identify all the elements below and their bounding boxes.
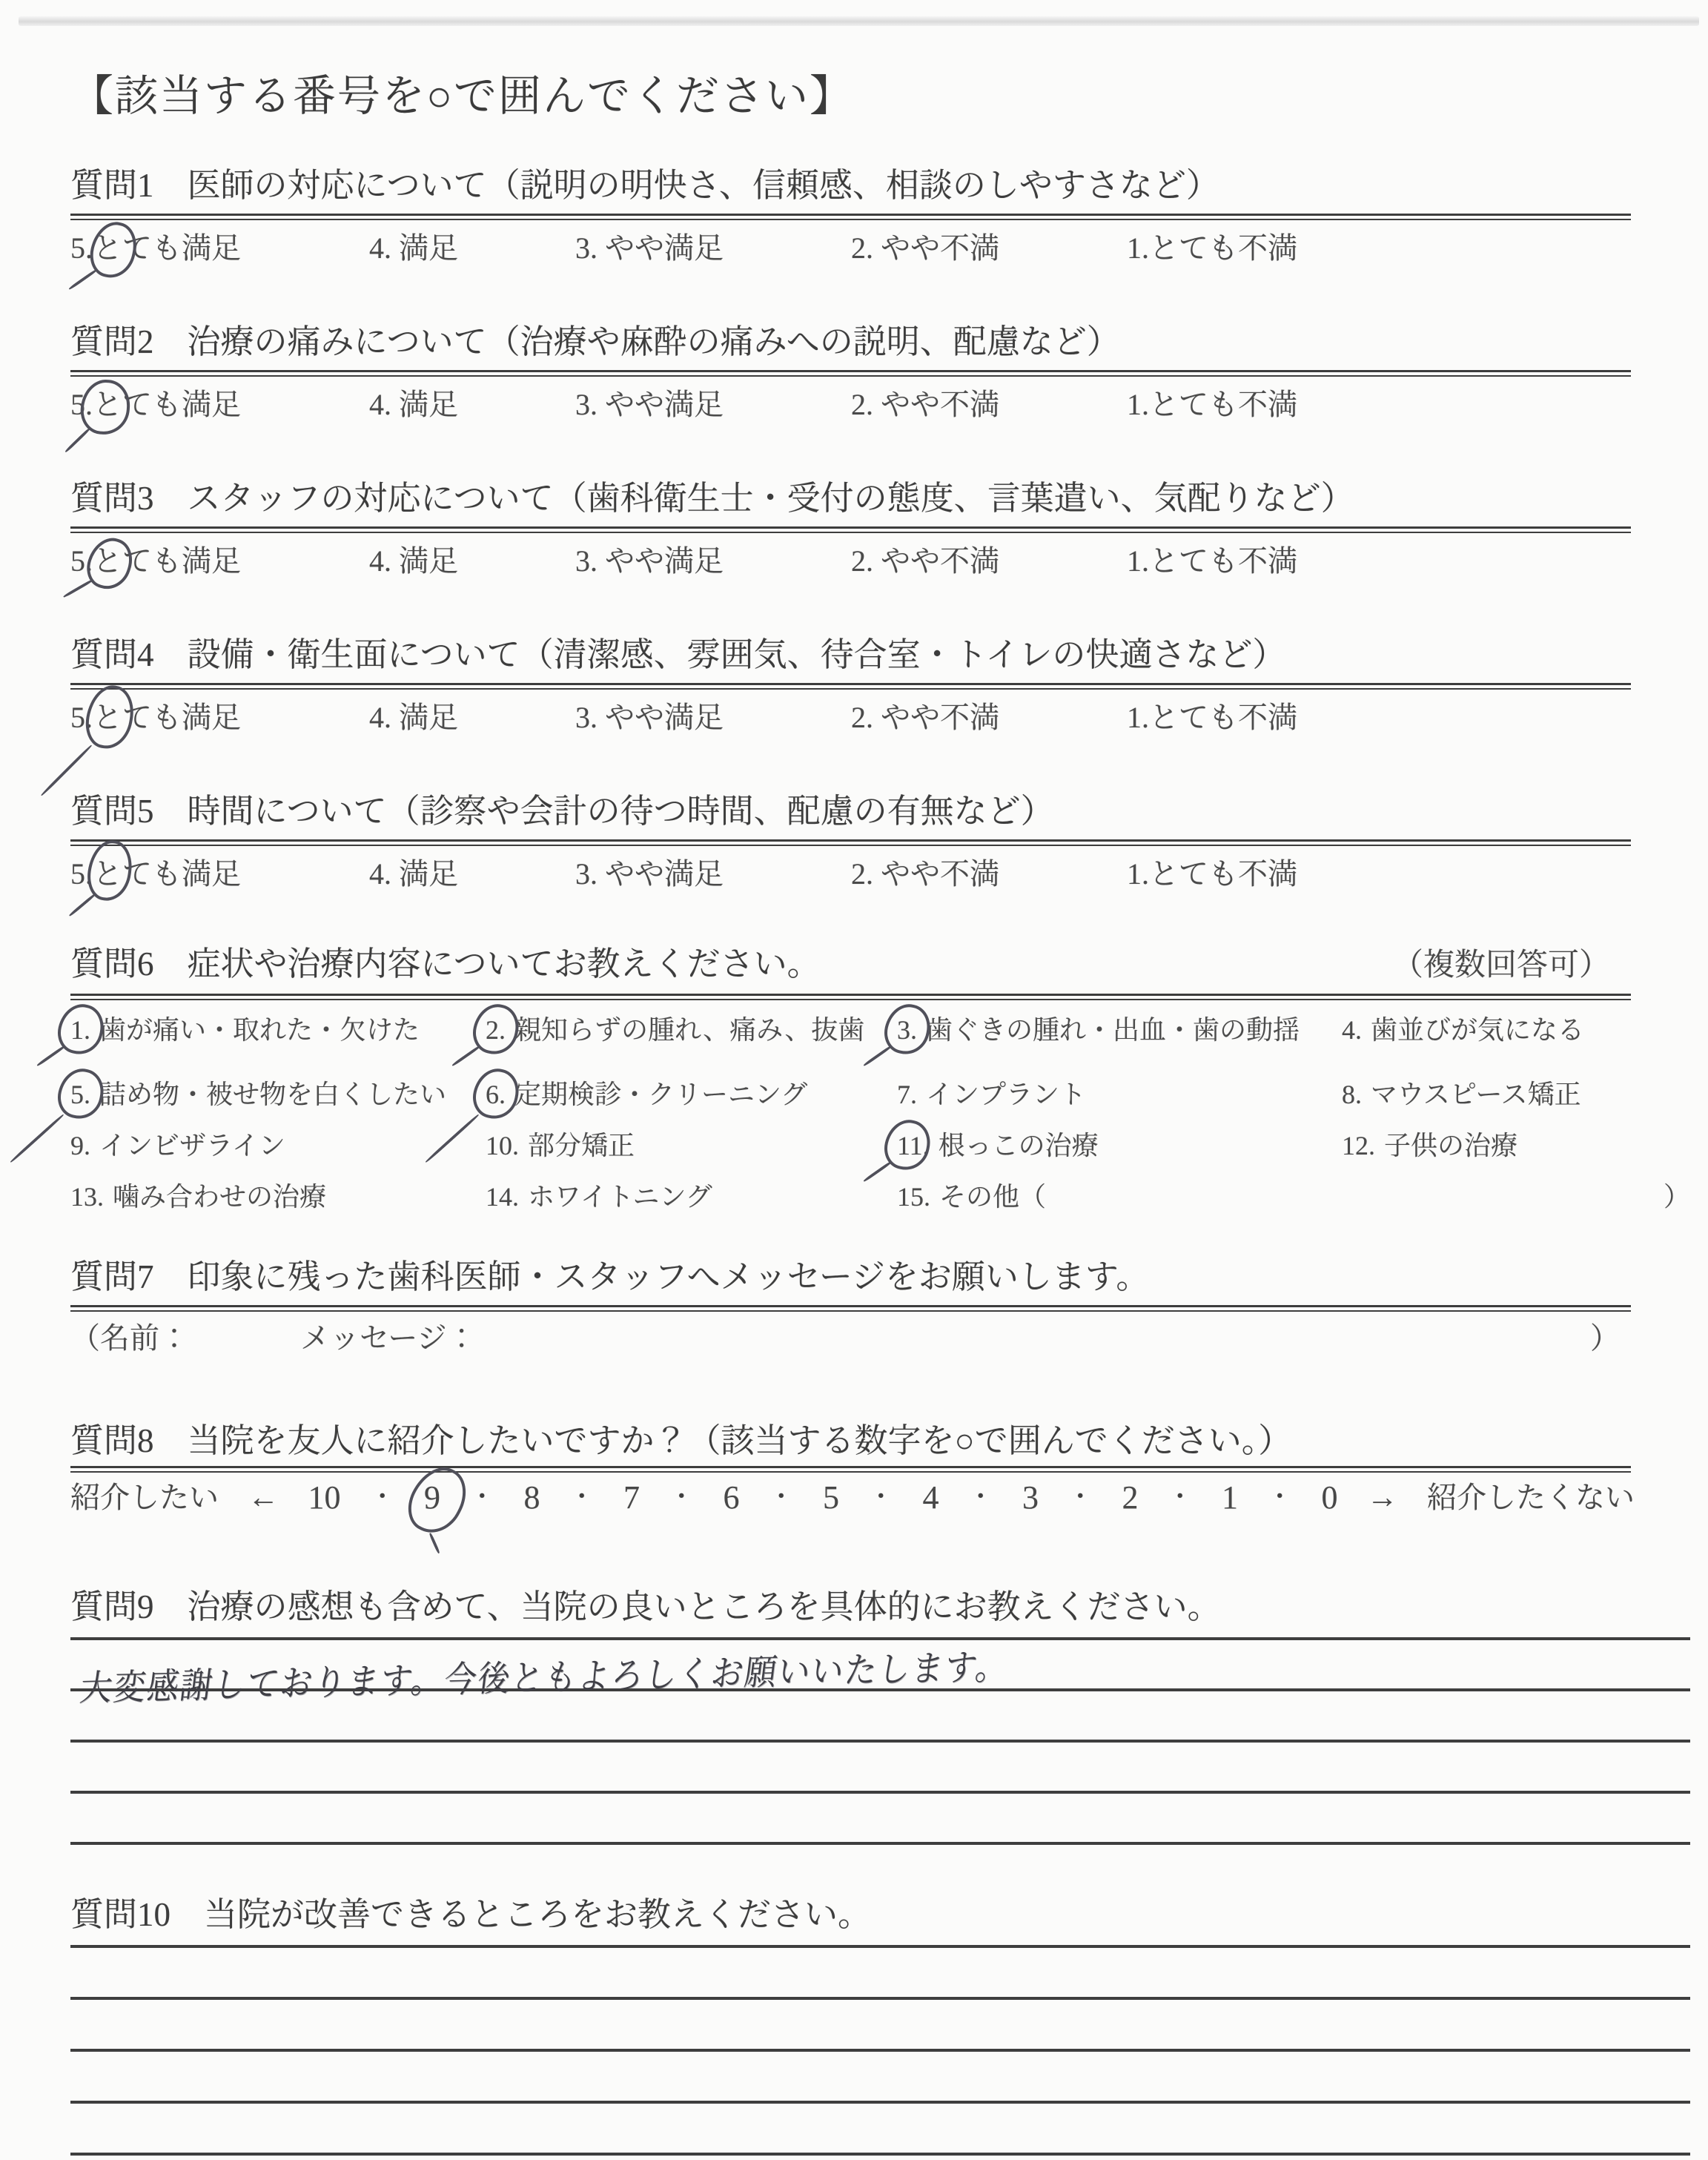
divider-rule [70, 370, 1631, 377]
question-number: 質問7 [70, 1256, 154, 1298]
option-label: その他（ [939, 1179, 1046, 1215]
option-label: 満足 [391, 387, 458, 423]
question-block-4: 質問4 設備・衛生面について（清潔感、雰囲気、待合室・トイレの快適さなど） 5.… [70, 634, 1690, 736]
question-text: 印象に残った歯科医師・スタッフへメッセージをお願いします。 [188, 1256, 1150, 1298]
rating-option-2[interactable]: 2. やや不満 [851, 544, 1127, 579]
answer-line[interactable] [70, 2153, 1690, 2156]
question-text: 治療の痛みについて（治療や麻酔の痛みへの説明、配慮など） [188, 321, 1120, 363]
option-number: 4. [369, 700, 391, 736]
rating-option-5[interactable]: 5.とても満足 [70, 387, 369, 423]
nps-number-1[interactable]: 1 [1222, 1479, 1238, 1517]
answer-line[interactable] [70, 2101, 1690, 2104]
option-label: やや不満 [873, 231, 999, 266]
answer-line[interactable] [70, 2049, 1690, 2052]
handwritten-answer: 大変感謝しております。今後ともよろしくお願いいたします。 [77, 1638, 1012, 1711]
nps-right-label: 紹介したくない [1427, 1479, 1635, 1517]
question-number: 質問6 [70, 943, 154, 985]
option-label: 根っこの治療 [939, 1128, 1099, 1163]
option-label: やや満足 [598, 856, 724, 892]
symptom-option-1[interactable]: 1.歯が痛い・取れた・欠けた [70, 1012, 486, 1048]
question-heading: 質問4 設備・衛生面について（清潔感、雰囲気、待合室・トイレの快適さなど） [70, 634, 1690, 676]
rating-option-1[interactable]: 1.とても不満 [1127, 700, 1690, 736]
rating-option-4[interactable]: 4. 満足 [369, 387, 575, 423]
option-number: 1. [1127, 700, 1149, 736]
option-label: とても不満 [1149, 544, 1297, 579]
option-label: 満足 [391, 856, 458, 892]
symptom-option-3[interactable]: 3.歯ぐきの腫れ・出血・歯の動揺 [897, 1012, 1342, 1048]
option-number: 6. [486, 1077, 506, 1112]
divider-rule [70, 526, 1631, 533]
rating-option-3[interactable]: 3. やや満足 [575, 700, 851, 736]
rating-option-3[interactable]: 3. やや満足 [575, 856, 851, 892]
question-text: 設備・衛生面について（清潔感、雰囲気、待合室・トイレの快適さなど） [188, 634, 1286, 676]
option-number: 5. [70, 387, 93, 423]
option-label: マウスピース矯正 [1371, 1077, 1581, 1112]
answer-line[interactable] [70, 1740, 1690, 1743]
option-number: 1. [1127, 856, 1149, 892]
question-block-3: 質問3 スタッフの対応について（歯科衛生士・受付の態度、言葉遣い、気配りなど） … [70, 478, 1690, 579]
option-number: 3. [575, 231, 598, 266]
nps-number-0[interactable]: 0 [1322, 1479, 1338, 1517]
nps-number-10[interactable]: 10 [308, 1479, 341, 1517]
answer-line[interactable] [70, 1842, 1690, 1845]
divider-rule [70, 683, 1631, 690]
message-write-in-space[interactable] [477, 1321, 1590, 1356]
option-label: とても不満 [1149, 387, 1297, 423]
question-text: スタッフの対応について（歯科衛生士・受付の態度、言葉遣い、気配りなど） [188, 478, 1354, 519]
divider-rule [70, 214, 1631, 220]
symptom-option-11[interactable]: 11.根っこの治療 [897, 1128, 1342, 1163]
symptom-option-4[interactable]: 4.歯並びが気になる [1342, 1012, 1690, 1048]
option-number: 12. [1342, 1128, 1375, 1163]
rating-option-2[interactable]: 2. やや不満 [851, 231, 1127, 266]
option-label: やや満足 [598, 700, 724, 736]
question-number: 質問10 [70, 1896, 171, 1933]
option-number: 4. [369, 544, 391, 579]
symptom-option-9[interactable]: 9.インビザライン [70, 1128, 486, 1163]
name-message-row: （名前： メッセージ： ） [70, 1321, 1690, 1356]
option-number: 13. [70, 1179, 104, 1215]
option-label: やや不満 [873, 544, 999, 579]
option-label: 噛み合わせの治療 [113, 1179, 326, 1215]
multiple-answers-note: （複数回答可） [1392, 945, 1610, 986]
nps-left-label: 紹介したい [70, 1479, 219, 1517]
question-text: 当院が改善できるところをお教えください。 [204, 1896, 871, 1933]
question-block-7: 質問7 印象に残った歯科医師・スタッフへメッセージをお願いします。 （名前： メ… [70, 1256, 1690, 1356]
survey-content: 【該当する番号を○で囲んでください】 質問1 医師の対応について（説明の明快さ、… [70, 0, 1690, 2156]
answer-line[interactable] [70, 1945, 1690, 1948]
free-answer-area [70, 1945, 1690, 2156]
rating-option-2[interactable]: 2. やや不満 [851, 700, 1127, 736]
option-number: 4. [369, 856, 391, 892]
option-number: 5. [70, 856, 93, 892]
divider-rule [70, 994, 1631, 1000]
option-number: 9. [70, 1128, 90, 1163]
option-label: インビザライン [99, 1128, 285, 1163]
rating-options: 5.とても満足 4. 満足 3. やや満足 2. やや不満 1.とても不満 [70, 856, 1690, 892]
question-heading: 質問6 症状や治療内容についてお教えください。 （複数回答可） [70, 943, 1690, 986]
question-heading: 質問7 印象に残った歯科医師・スタッフへメッセージをお願いします。 [70, 1256, 1690, 1298]
nps-number-4[interactable]: 4 [923, 1479, 939, 1517]
question-heading: 質問8 当院を友人に紹介したいですか？（該当する数字を○で囲んでください。） [70, 1420, 1690, 1462]
option-label: 部分矯正 [528, 1128, 635, 1163]
nps-number-7[interactable]: 7 [623, 1479, 640, 1517]
option-label: とても満足 [93, 544, 241, 579]
option-number: 2. [486, 1012, 506, 1048]
option-number: 3. [575, 700, 598, 736]
option-number: 3. [575, 544, 598, 579]
question-heading: 質問9 治療の感想も含めて、当院の良いところを具体的にお教えください。 [70, 1588, 1690, 1625]
option-number: 5. [70, 1077, 90, 1112]
symptom-option-7[interactable]: 7.インプラント [897, 1077, 1342, 1112]
option-number: 2. [851, 856, 873, 892]
question-text: 医師の対応について（説明の明快さ、信頼感、相談のしやすさなど） [188, 165, 1219, 206]
option-label: とても不満 [1149, 231, 1297, 266]
closing-paren: ） [1590, 1321, 1620, 1356]
rating-option-1[interactable]: 1.とても不満 [1127, 544, 1690, 579]
question-heading: 質問1 医師の対応について（説明の明快さ、信頼感、相談のしやすさなど） [70, 165, 1690, 206]
answer-line[interactable] [70, 1997, 1690, 2000]
dot-separator: ・ [1168, 1479, 1193, 1517]
question-block-5: 質問5 時間について（診察や会計の待つ時間、配慮の有無など） 5.とても満足 4… [70, 790, 1690, 892]
option-label: やや不満 [873, 387, 999, 423]
option-label: とても満足 [93, 856, 241, 892]
rating-option-1[interactable]: 1.とても不満 [1127, 856, 1690, 892]
option-number: 10. [486, 1128, 519, 1163]
option-number: 4. [369, 387, 391, 423]
page-title: 【該当する番号を○で囲んでください】 [70, 70, 1690, 122]
dot-separator: ・ [1267, 1479, 1292, 1517]
option-number: 3. [897, 1012, 917, 1048]
symptom-options-row: 5.詰め物・被せ物を白くしたい 6.定期検診・クリーニング 7.インプラント 8… [70, 1077, 1690, 1112]
symptom-option-12[interactable]: 12.子供の治療 [1342, 1128, 1690, 1163]
option-number: 15. [897, 1179, 930, 1215]
rating-option-4[interactable]: 4. 満足 [369, 231, 575, 266]
question-text: 治療の感想も含めて、当院の良いところを具体的にお教えください。 [188, 1588, 1221, 1625]
left-arrow-icon: ← [248, 1479, 279, 1517]
nps-scale-row: 紹介したい ← 10 ・ 9 ・ 8 ・ 7 ・ 6 ・ 5 ・ 4 ・ 3 ・… [70, 1479, 1635, 1517]
rating-option-4[interactable]: 4. 満足 [369, 700, 575, 736]
option-number: 3. [575, 387, 598, 423]
divider-rule [70, 839, 1631, 846]
option-label: とても不満 [1149, 856, 1297, 892]
option-label: インプラント [926, 1077, 1086, 1112]
option-label: やや満足 [598, 544, 724, 579]
question-heading: 質問5 時間について（診察や会計の待つ時間、配慮の有無など） [70, 790, 1690, 832]
option-label: 満足 [391, 231, 458, 266]
name-label: （名前： [70, 1321, 189, 1356]
symptom-option-5[interactable]: 5.詰め物・被せ物を白くしたい [70, 1077, 486, 1112]
option-number: 2. [851, 387, 873, 423]
rating-options: 5.とても満足 4. 満足 3. やや満足 2. やや不満 1.とても不満 [70, 700, 1690, 736]
option-label: 歯が痛い・取れた・欠けた [99, 1012, 420, 1048]
answer-line[interactable] [70, 1637, 1690, 1640]
answer-line[interactable] [70, 1791, 1690, 1794]
question-text: 当院を友人に紹介したいですか？（該当する数字を○で囲んでください。） [188, 1420, 1292, 1462]
question-number: 質問3 [70, 478, 154, 519]
right-arrow-icon: → [1367, 1479, 1398, 1517]
dot-separator: ・ [469, 1479, 494, 1517]
rating-options: 5.とても満足 4. 満足 3. やや満足 2. やや不満 1.とても不満 [70, 544, 1690, 579]
divider-rule [70, 1305, 1631, 1312]
dot-separator: ・ [868, 1479, 893, 1517]
rating-option-4[interactable]: 4. 満足 [369, 856, 575, 892]
option-number: 8. [1342, 1077, 1362, 1112]
rating-option-3[interactable]: 3. やや満足 [575, 231, 851, 266]
option-label: やや満足 [598, 231, 724, 266]
option-number: 5. [70, 700, 93, 736]
question-number: 質問4 [70, 634, 154, 676]
question-text: 時間について（診察や会計の待つ時間、配慮の有無など） [188, 790, 1054, 832]
option-label: ホワイトニング [528, 1179, 712, 1215]
rating-option-5[interactable]: 5.とても満足 [70, 856, 369, 892]
symptom-options-row: 1.歯が痛い・取れた・欠けた 2.親知らずの腫れ、痛み、抜歯 3.歯ぐきの腫れ・… [70, 1012, 1690, 1048]
option-label: 歯並びが気になる [1371, 1012, 1584, 1048]
rating-option-5[interactable]: 5.とても満足 [70, 231, 369, 266]
rating-options: 5.とても満足 4. 満足 3. やや満足 2. やや不満 1.とても不満 [70, 387, 1690, 423]
question-heading: 質問2 治療の痛みについて（治療や麻酔の痛みへの説明、配慮など） [70, 321, 1690, 363]
question-block-10: 質問10 当院が改善できるところをお教えください。 [70, 1896, 1690, 2156]
symptom-option-13[interactable]: 13.噛み合わせの治療 [70, 1179, 486, 1215]
option-number: 1. [70, 1012, 90, 1048]
rating-options: 5.とても満足 4. 満足 3. やや満足 2. やや不満 1.とても不満 [70, 231, 1690, 266]
option-label: 満足 [391, 700, 458, 736]
rating-option-4[interactable]: 4. 満足 [369, 544, 575, 579]
option-label: 親知らずの腫れ、痛み、抜歯 [514, 1012, 864, 1048]
rating-option-5[interactable]: 5.とても満足 [70, 544, 369, 579]
dot-separator: ・ [1067, 1479, 1093, 1517]
option-number: 3. [575, 856, 598, 892]
question-heading: 質問10 当院が改善できるところをお教えください。 [70, 1896, 1690, 1933]
symptom-option-8[interactable]: 8.マウスピース矯正 [1342, 1077, 1690, 1112]
option-label: 歯ぐきの腫れ・出血・歯の動揺 [926, 1012, 1300, 1048]
question-heading: 質問3 スタッフの対応について（歯科衛生士・受付の態度、言葉遣い、気配りなど） [70, 478, 1690, 519]
dot-separator: ・ [669, 1479, 694, 1517]
symptom-options-row: 13.噛み合わせの治療 14.ホワイトニング 15.その他（） [70, 1179, 1690, 1215]
symptom-option-10[interactable]: 10.部分矯正 [486, 1128, 897, 1163]
divider-rule [70, 1466, 1631, 1473]
option-number: 2. [851, 700, 873, 736]
dot-separator: ・ [769, 1479, 794, 1517]
symptom-option-15-other[interactable]: 15.その他（） [897, 1179, 1690, 1215]
symptom-option-2[interactable]: 2.親知らずの腫れ、痛み、抜歯 [486, 1012, 897, 1048]
closing-paren: ） [1664, 1179, 1690, 1215]
option-label: やや満足 [598, 387, 724, 423]
option-number: 2. [851, 544, 873, 579]
option-number: 5. [70, 231, 93, 266]
option-number: 5. [70, 544, 93, 579]
free-answer-area: 大変感謝しております。今後ともよろしくお願いいたします。 [70, 1637, 1690, 1845]
option-label: 定期検診・クリーニング [514, 1077, 807, 1112]
question-block-1: 質問1 医師の対応について（説明の明快さ、信頼感、相談のしやすさなど） 5.とて… [70, 165, 1690, 266]
rating-option-2[interactable]: 2. やや不満 [851, 856, 1127, 892]
nps-number-8[interactable]: 8 [524, 1479, 540, 1517]
option-number: 2. [851, 231, 873, 266]
option-number: 4. [369, 231, 391, 266]
nps-number-5[interactable]: 5 [823, 1479, 839, 1517]
option-label: とても満足 [93, 387, 241, 423]
question-number: 質問5 [70, 790, 154, 832]
dot-separator: ・ [370, 1479, 395, 1517]
dot-separator: ・ [569, 1479, 595, 1517]
dot-separator: ・ [968, 1479, 993, 1517]
option-number: 14. [486, 1179, 519, 1215]
option-label: やや不満 [873, 700, 999, 736]
option-number: 1. [1127, 387, 1149, 423]
option-label: とても満足 [93, 231, 241, 266]
option-number: 7. [897, 1077, 917, 1112]
option-number: 1. [1127, 231, 1149, 266]
option-label: 詰め物・被せ物を白くしたい [99, 1077, 446, 1112]
survey-page: 【該当する番号を○で囲んでください】 質問1 医師の対応について（説明の明快さ、… [0, 0, 1708, 2160]
rating-option-2[interactable]: 2. やや不満 [851, 387, 1127, 423]
rating-option-3[interactable]: 3. やや満足 [575, 387, 851, 423]
other-write-in-space[interactable] [1046, 1179, 1664, 1215]
symptom-option-14[interactable]: 14.ホワイトニング [486, 1179, 897, 1215]
question-block-9: 質問9 治療の感想も含めて、当院の良いところを具体的にお教えください。 大変感謝… [70, 1588, 1690, 1845]
rating-option-5[interactable]: 5.とても満足 [70, 700, 369, 736]
option-label: 子供の治療 [1384, 1128, 1517, 1163]
option-label: やや不満 [873, 856, 999, 892]
question-text: 症状や治療内容についてお教えください。 [188, 943, 821, 985]
nps-number-2[interactable]: 2 [1122, 1479, 1139, 1517]
rating-option-1[interactable]: 1.とても不満 [1127, 231, 1690, 266]
option-label: とても満足 [93, 700, 241, 736]
symptom-option-6[interactable]: 6.定期検診・クリーニング [486, 1077, 897, 1112]
rating-option-3[interactable]: 3. やや満足 [575, 544, 851, 579]
option-label: とても不満 [1149, 700, 1297, 736]
nps-number-6[interactable]: 6 [724, 1479, 740, 1517]
option-number: 4. [1342, 1012, 1362, 1048]
option-number: 11. [897, 1128, 930, 1163]
nps-number-9[interactable]: 9 [424, 1479, 440, 1517]
message-label: メッセージ： [300, 1321, 477, 1356]
question-block-8: 質問8 当院を友人に紹介したいですか？（該当する数字を○で囲んでください。） 紹… [70, 1420, 1690, 1517]
rating-option-1[interactable]: 1.とても不満 [1127, 387, 1690, 423]
option-number: 1. [1127, 544, 1149, 579]
option-label: 満足 [391, 544, 458, 579]
question-number: 質問9 [70, 1588, 154, 1625]
symptom-options-row: 9.インビザライン 10.部分矯正 11.根っこの治療 12.子供の治療 [70, 1128, 1690, 1163]
question-block-6: 質問6 症状や治療内容についてお教えください。 （複数回答可） 1.歯が痛い・取… [70, 943, 1690, 1215]
question-number: 質問2 [70, 321, 154, 363]
question-number: 質問8 [70, 1420, 154, 1462]
nps-number-3[interactable]: 3 [1022, 1479, 1039, 1517]
question-number: 質問1 [70, 165, 154, 206]
question-block-2: 質問2 治療の痛みについて（治療や麻酔の痛みへの説明、配慮など） 5.とても満足… [70, 321, 1690, 423]
